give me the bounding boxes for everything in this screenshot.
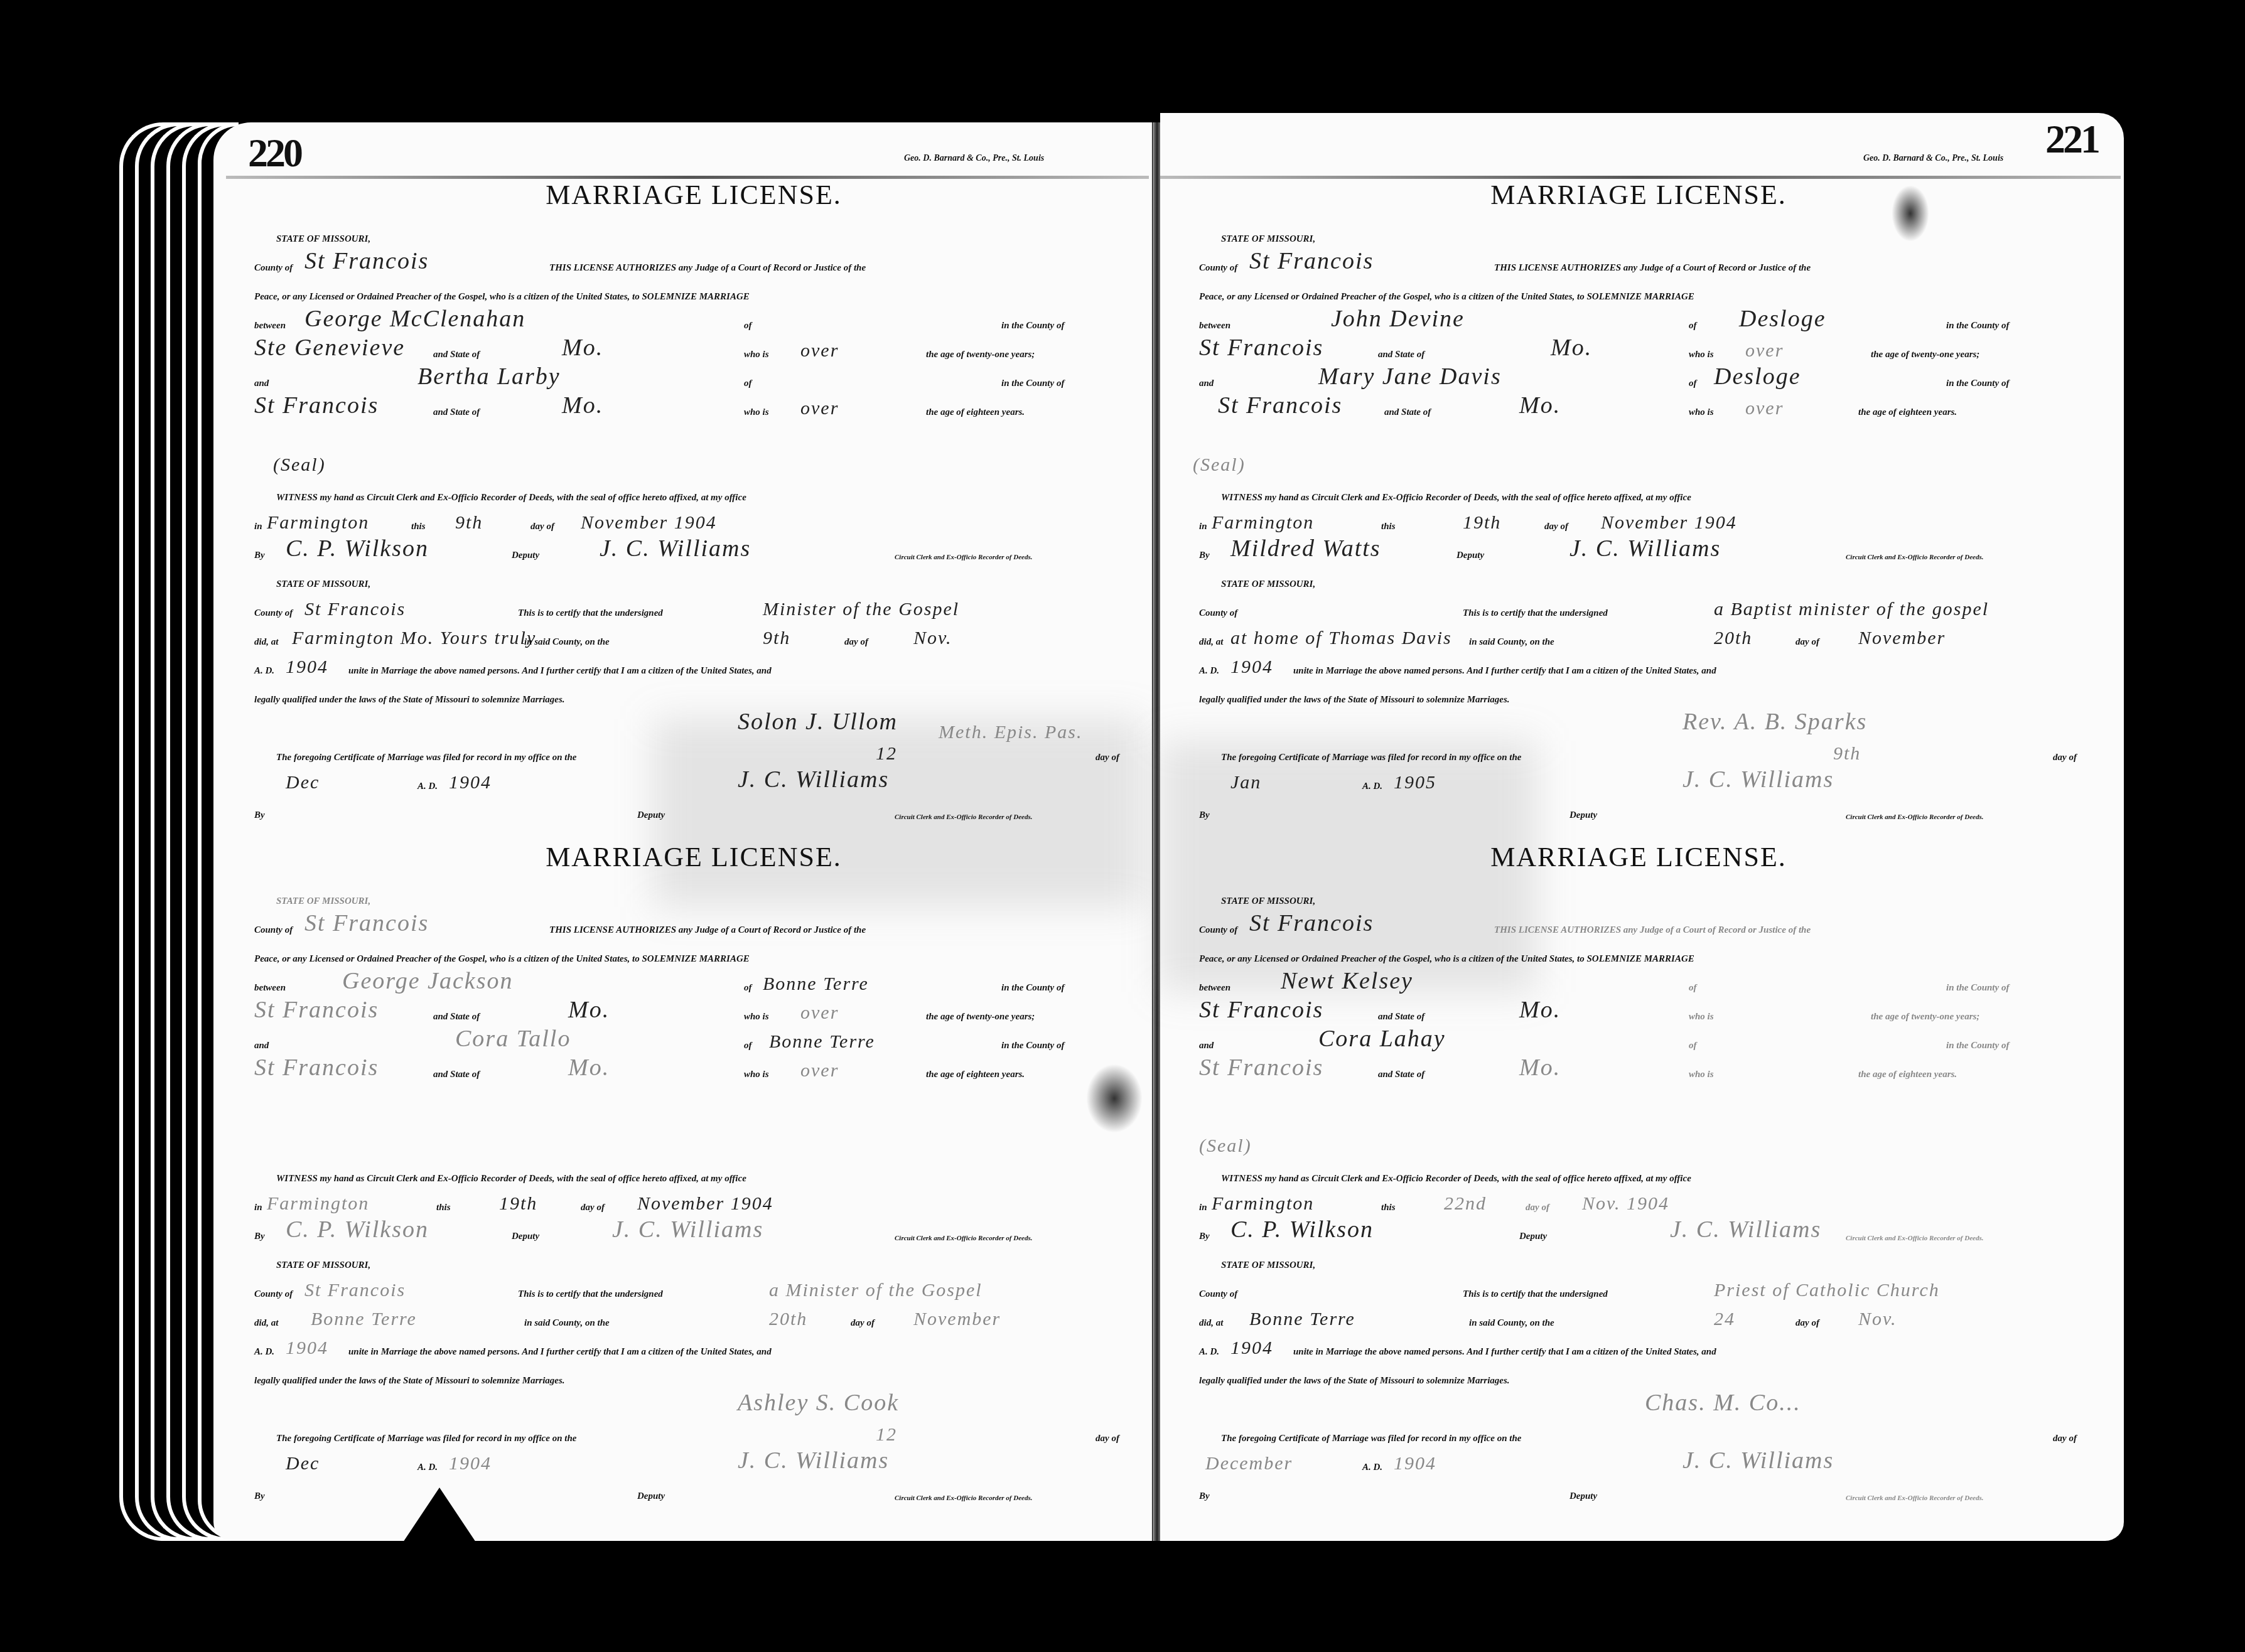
clerk-signature: J. C. Williams — [1670, 1216, 1821, 1243]
day-of-label: day of — [1795, 637, 1819, 648]
state-label: STATE OF MISSOURI, — [1221, 1260, 1315, 1271]
county-label: County of — [1199, 1289, 1237, 1300]
witness-place: Farmington — [267, 1193, 369, 1215]
bride-state: Mo. — [562, 392, 603, 419]
bride-name: Bertha Larby — [417, 363, 561, 390]
in-county-label: in the County of — [1001, 1041, 1064, 1051]
in-label: in — [1199, 522, 1207, 532]
state-label: STATE OF MISSOURI, — [1221, 896, 1315, 907]
license-entry: MARRIAGE LICENSE. STATE OF MISSOURI, Cou… — [1193, 179, 2084, 825]
officiant-title: Minister of the Gospel — [763, 599, 959, 620]
filed-year: 1904 — [449, 1453, 492, 1474]
witness-day: 22nd — [1444, 1193, 1487, 1215]
bride-county: St Francois — [1218, 392, 1342, 419]
deputy-label: Deputy — [1456, 550, 1484, 561]
officiant-title: a Minister of the Gospel — [769, 1280, 983, 1301]
deputy-label: Deputy — [1519, 1231, 1547, 1242]
of-label: of — [1689, 983, 1697, 994]
in-county-label: in the County of — [1946, 983, 2009, 994]
in-county-label: in the County of — [1946, 378, 2009, 389]
witness-day: 9th — [455, 512, 483, 534]
of-label: of — [1689, 378, 1697, 389]
license-title: MARRIAGE LICENSE. — [1193, 179, 2084, 211]
peace-text: Peace, or any Licensed or Ordained Preac… — [254, 954, 750, 965]
bride-name: Mary Jane Davis — [1318, 363, 1502, 390]
groom-of: Bonne Terre — [763, 973, 869, 995]
ceremony-place: Bonne Terre — [311, 1309, 417, 1330]
certify-text: This is to certify that the undersigned — [1463, 1289, 1608, 1300]
ceremony-year: 1904 — [286, 1338, 328, 1359]
state-label: STATE OF MISSOURI, — [276, 579, 370, 590]
groom-age: over — [800, 1002, 839, 1024]
clerk-caption: Circuit Clerk and Ex-Officio Recorder of… — [895, 813, 1032, 821]
county-label: County of — [254, 925, 293, 936]
and-label: and — [1199, 1041, 1214, 1051]
county-value: St Francois — [304, 909, 429, 937]
and-state-label: and State of — [433, 350, 480, 360]
groom-county: St Francois — [254, 996, 379, 1024]
bride-county: St Francois — [254, 392, 379, 419]
witness-text: WITNESS my hand as Circuit Clerk and Ex-… — [276, 493, 746, 503]
groom-state: Mo. — [1551, 334, 1592, 362]
county-value: St Francois — [1249, 247, 1374, 275]
age18-label: the age of eighteen years. — [926, 1070, 1025, 1080]
ceremony-day: 9th — [763, 628, 790, 649]
groom-name: George McClenahan — [304, 305, 525, 333]
witness-month-year: Nov. 1904 — [1582, 1193, 1669, 1215]
witness-text: WITNESS my hand as Circuit Clerk and Ex-… — [1221, 493, 1691, 503]
bride-age: over — [800, 398, 839, 419]
witness-place: Farmington — [267, 512, 369, 534]
by-label: By — [254, 1491, 265, 1502]
officiant-signature: Chas. M. Co... — [1645, 1389, 1801, 1417]
filed-year: 1904 — [1394, 1453, 1436, 1474]
unite-text: unite in Marriage the above named person… — [348, 1347, 772, 1358]
qualified-text: legally qualified under the laws of the … — [1199, 1376, 1510, 1386]
day-of-label: day of — [1795, 1318, 1819, 1329]
ad-label: A. D. — [1199, 1347, 1219, 1358]
clerk-signature: J. C. Williams — [1569, 535, 1721, 562]
page-number-left: 220 — [248, 130, 301, 176]
in-county-label: in the County of — [1001, 378, 1064, 389]
county-label: County of — [1199, 263, 1237, 274]
publisher-imprint: Geo. D. Barnard & Co., Pre., St. Louis — [904, 154, 1044, 164]
filed-clerk-signature: J. C. Williams — [1682, 766, 1834, 793]
bride-county: St Francois — [254, 1054, 379, 1081]
in-label: in — [254, 1203, 262, 1213]
witness-place: Farmington — [1212, 1193, 1314, 1215]
certify-text: This is to certify that the undersigned — [518, 1289, 663, 1300]
deputy-signature: C. P. Wilkson — [1230, 1216, 1374, 1243]
of-label: of — [1689, 321, 1697, 331]
in-county-label: in the County of — [1001, 321, 1064, 331]
officiant-signature: Ashley S. Cook — [738, 1389, 899, 1417]
in-county-label: in the County of — [1946, 1041, 2009, 1051]
between-label: between — [1199, 321, 1230, 331]
witness-place: Farmington — [1212, 512, 1314, 534]
and-state-label: and State of — [433, 1012, 480, 1022]
and-state-label: and State of — [433, 1070, 480, 1080]
foregoing-text: The foregoing Certificate of Marriage wa… — [1221, 1434, 1521, 1444]
seal-mark: (Seal) — [1193, 454, 1246, 476]
groom-name: Newt Kelsey — [1281, 967, 1413, 995]
foregoing-text: The foregoing Certificate of Marriage wa… — [1221, 753, 1521, 763]
age18-label: the age of eighteen years. — [1858, 1070, 1957, 1080]
license-entry: MARRIAGE LICENSE. STATE OF MISSOURI, Cou… — [248, 179, 1139, 825]
certify-text: This is to certify that the undersigned — [1463, 608, 1608, 619]
clerk-caption: Circuit Clerk and Ex-Officio Recorder of… — [1846, 1235, 1983, 1242]
county-label: County of — [254, 263, 293, 274]
groom-state: Mo. — [562, 334, 603, 362]
age21-label: the age of twenty-one years; — [926, 350, 1035, 360]
ad-label: A. D. — [1362, 781, 1382, 792]
between-label: between — [254, 321, 286, 331]
witness-text: WITNESS my hand as Circuit Clerk and Ex-… — [1221, 1174, 1691, 1184]
ceremony-year: 1904 — [1230, 1338, 1273, 1359]
bride-age: over — [800, 1060, 839, 1081]
in-label: in — [254, 522, 262, 532]
state-label: STATE OF MISSOURI, — [276, 1260, 370, 1271]
bride-of: Bonne Terre — [769, 1031, 875, 1053]
county-value: St Francois — [304, 247, 429, 275]
ad-label: A. D. — [1199, 666, 1219, 677]
in-said-county-label: in said County, on the — [524, 1318, 610, 1329]
page-number-right: 221 — [2045, 116, 2098, 163]
of-label: of — [744, 378, 752, 389]
groom-county: Ste Genevieve — [254, 334, 405, 362]
qualified-text: legally qualified under the laws of the … — [1199, 695, 1510, 705]
between-label: between — [1199, 983, 1230, 994]
who-is-label: who is — [744, 1070, 769, 1080]
deputy-signature: Mildred Watts — [1230, 535, 1381, 562]
ceremony-day: 24 — [1714, 1309, 1735, 1330]
by-label: By — [1199, 550, 1210, 561]
between-label: between — [254, 983, 286, 994]
groom-age: over — [1745, 340, 1784, 362]
ceremony-place: at home of Thomas Davis — [1230, 628, 1452, 649]
county-label: County of — [254, 608, 293, 619]
and-label: and — [254, 378, 269, 389]
unite-text: unite in Marriage the above named person… — [348, 666, 772, 677]
clerk-signature: J. C. Williams — [600, 535, 751, 562]
state-label: STATE OF MISSOURI, — [276, 234, 370, 245]
of-label: of — [1689, 1041, 1697, 1051]
who-is-label: who is — [1689, 407, 1714, 418]
ceremony-month: Nov. — [913, 628, 952, 649]
in-said-county-label: in said County, on the — [524, 637, 610, 648]
bride-name: Cora Lahay — [1318, 1025, 1446, 1053]
authorizes-text: THIS LICENSE AUTHORIZES any Judge of a C… — [1494, 925, 1811, 936]
did-at-label: did, at — [1199, 637, 1223, 648]
groom-county: St Francois — [1199, 334, 1323, 362]
did-at-label: did, at — [254, 1318, 278, 1329]
groom-state: Mo. — [1519, 996, 1561, 1024]
foregoing-text: The foregoing Certificate of Marriage wa… — [276, 1434, 576, 1444]
bride-county: St Francois — [1199, 1054, 1323, 1081]
license-title: MARRIAGE LICENSE. — [248, 179, 1139, 211]
filed-day: 9th — [1833, 743, 1861, 764]
certify-text: This is to certify that the undersigned — [518, 608, 663, 619]
ad-label: A. D. — [1362, 1462, 1382, 1473]
ceremony-place: Bonne Terre — [1249, 1309, 1355, 1330]
groom-name: George Jackson — [342, 967, 513, 995]
qualified-text: legally qualified under the laws of the … — [254, 1376, 565, 1386]
and-state-label: and State of — [1378, 1012, 1424, 1022]
county-label: County of — [1199, 608, 1237, 619]
of-label: of — [744, 1041, 752, 1051]
clerk-caption: Circuit Clerk and Ex-Officio Recorder of… — [895, 554, 1032, 561]
filed-month: December — [1205, 1453, 1293, 1474]
and-label: and — [254, 1041, 269, 1051]
by-label: By — [1199, 810, 1210, 821]
did-at-label: did, at — [1199, 1318, 1223, 1329]
filed-clerk-signature: J. C. Williams — [738, 766, 889, 793]
officiant-signature: Rev. A. B. Sparks — [1682, 708, 1867, 736]
clerk-caption: Circuit Clerk and Ex-Officio Recorder of… — [1846, 554, 1983, 561]
by-label: By — [254, 810, 265, 821]
age18-label: the age of eighteen years. — [926, 407, 1025, 418]
witness-text: WITNESS my hand as Circuit Clerk and Ex-… — [276, 1174, 746, 1184]
age21-label: the age of twenty-one years; — [1871, 1012, 1979, 1022]
clerk-caption: Circuit Clerk and Ex-Officio Recorder of… — [895, 1494, 1032, 1502]
ceremony-month: November — [1858, 628, 1946, 649]
and-state-label: and State of — [1378, 1070, 1424, 1080]
county-value: St Francois — [1249, 909, 1374, 937]
day-of-label: day of — [581, 1203, 605, 1213]
bride-state: Mo. — [1519, 1054, 1561, 1081]
witness-day: 19th — [1463, 512, 1501, 534]
deputy-label: Deputy — [512, 550, 539, 561]
this-label: this — [436, 1203, 451, 1213]
who-is-label: who is — [1689, 1070, 1714, 1080]
filed-month: Jan — [1230, 772, 1261, 793]
clerk-caption: Circuit Clerk and Ex-Officio Recorder of… — [1846, 813, 1983, 821]
ceremony-place: Farmington Mo. Yours truly — [292, 628, 536, 649]
this-label: this — [1381, 522, 1396, 532]
deputy-signature: C. P. Wilkson — [286, 1216, 429, 1243]
and-label: and — [1199, 378, 1214, 389]
deputy-label: Deputy — [512, 1231, 539, 1242]
day-of-label: day of — [844, 637, 868, 648]
who-is-label: who is — [1689, 350, 1714, 360]
filed-clerk-signature: J. C. Williams — [738, 1447, 889, 1474]
ad-label: A. D. — [417, 781, 438, 792]
unite-text: unite in Marriage the above named person… — [1293, 666, 1716, 677]
in-said-county-label: in said County, on the — [1469, 1318, 1554, 1329]
day-of-label: day of — [1096, 753, 1119, 763]
qualified-text: legally qualified under the laws of the … — [254, 695, 565, 705]
who-is-label: who is — [744, 350, 769, 360]
groom-state: Mo. — [568, 996, 610, 1024]
witness-month-year: November 1904 — [1601, 512, 1737, 534]
publisher-imprint: Geo. D. Barnard & Co., Pre., St. Louis — [1863, 154, 2003, 164]
clerk-caption: Circuit Clerk and Ex-Officio Recorder of… — [895, 1235, 1032, 1242]
license-title: MARRIAGE LICENSE. — [1193, 841, 2084, 873]
who-is-label: who is — [744, 1012, 769, 1022]
state-label: STATE OF MISSOURI, — [1221, 234, 1315, 245]
license-title: MARRIAGE LICENSE. — [248, 841, 1139, 873]
officiant-title: Priest of Catholic Church — [1714, 1280, 1940, 1301]
groom-of: Desloge — [1739, 305, 1826, 333]
ad-label: A. D. — [417, 1462, 438, 1473]
who-is-label: who is — [744, 407, 769, 418]
ceremony-year: 1904 — [1230, 657, 1273, 678]
officiant-signature: Solon J. Ullom — [738, 708, 898, 736]
in-label: in — [1199, 1203, 1207, 1213]
peace-text: Peace, or any Licensed or Ordained Preac… — [1199, 954, 1694, 965]
filed-month: Dec — [286, 772, 320, 793]
unite-text: unite in Marriage the above named person… — [1293, 1347, 1716, 1358]
cert-county: St Francois — [304, 599, 406, 620]
authorizes-text: THIS LICENSE AUTHORIZES any Judge of a C… — [1494, 263, 1811, 274]
by-label: By — [254, 550, 265, 561]
seal-mark: (Seal) — [1199, 1135, 1252, 1157]
by-label: By — [1199, 1491, 1210, 1502]
in-said-county-label: in said County, on the — [1469, 637, 1554, 648]
age18-label: the age of eighteen years. — [1858, 407, 1957, 418]
ceremony-day: 20th — [769, 1309, 807, 1330]
by-label: By — [254, 1231, 265, 1242]
deputy-label: Deputy — [1569, 810, 1597, 821]
witness-month-year: November 1904 — [637, 1193, 773, 1215]
witness-month-year: November 1904 — [581, 512, 717, 534]
license-entry: MARRIAGE LICENSE. STATE OF MISSOURI, Cou… — [248, 841, 1139, 1506]
clerk-caption: Circuit Clerk and Ex-Officio Recorder of… — [1846, 1494, 1983, 1502]
license-entry: MARRIAGE LICENSE. STATE OF MISSOURI, Cou… — [1193, 841, 2084, 1506]
officiant-title: a Baptist minister of the gospel — [1714, 599, 1989, 620]
ad-label: A. D. — [254, 1347, 274, 1358]
state-label: STATE OF MISSOURI, — [1221, 579, 1315, 590]
in-county-label: in the County of — [1001, 983, 1064, 994]
and-state-label: and State of — [1384, 407, 1431, 418]
foregoing-text: The foregoing Certificate of Marriage wa… — [276, 753, 576, 763]
county-label: County of — [254, 1289, 293, 1300]
day-of-label: day of — [2053, 753, 2077, 763]
ceremony-year: 1904 — [286, 657, 328, 678]
bride-of: Desloge — [1714, 363, 1801, 390]
this-label: this — [411, 522, 426, 532]
state-label: STATE OF MISSOURI, — [276, 896, 370, 907]
authorizes-text: THIS LICENSE AUTHORIZES any Judge of a C… — [549, 925, 866, 936]
ad-label: A. D. — [254, 666, 274, 677]
day-of-label: day of — [1096, 1434, 1119, 1444]
peace-text: Peace, or any Licensed or Ordained Preac… — [254, 292, 750, 303]
bride-state: Mo. — [568, 1054, 610, 1081]
filed-clerk-signature: J. C. Williams — [1682, 1447, 1834, 1474]
bride-name: Cora Tallo — [455, 1025, 571, 1053]
filed-day: 12 — [876, 1424, 897, 1445]
ceremony-day: 20th — [1714, 628, 1752, 649]
did-at-label: did, at — [254, 637, 278, 648]
clerk-signature: J. C. Williams — [612, 1216, 763, 1243]
deputy-label: Deputy — [1569, 1491, 1597, 1502]
of-label: of — [744, 983, 752, 994]
deputy-signature: C. P. Wilkson — [286, 535, 429, 562]
age21-label: the age of twenty-one years; — [926, 1012, 1035, 1022]
peace-text: Peace, or any Licensed or Ordained Preac… — [1199, 292, 1694, 303]
filed-month: Dec — [286, 1453, 320, 1474]
county-label: County of — [1199, 925, 1237, 936]
day-of-label: day of — [530, 522, 554, 532]
who-is-label: who is — [1689, 1012, 1714, 1022]
day-of-label: day of — [1526, 1203, 1549, 1213]
by-label: By — [1199, 1231, 1210, 1242]
age21-label: the age of twenty-one years; — [1871, 350, 1979, 360]
filed-year: 1905 — [1394, 772, 1436, 793]
filed-year: 1904 — [449, 772, 492, 793]
this-label: this — [1381, 1203, 1396, 1213]
filed-day: 12 — [876, 743, 897, 764]
day-of-label: day of — [2053, 1434, 2077, 1444]
groom-name: John Devine — [1331, 305, 1465, 333]
witness-day: 19th — [499, 1193, 537, 1215]
deputy-label: Deputy — [637, 1491, 665, 1502]
ceremony-month: Nov. — [1858, 1309, 1897, 1330]
groom-age: over — [800, 340, 839, 362]
and-state-label: and State of — [1378, 350, 1424, 360]
day-of-label: day of — [1544, 522, 1568, 532]
of-label: of — [744, 321, 752, 331]
authorizes-text: THIS LICENSE AUTHORIZES any Judge of a C… — [549, 263, 866, 274]
bride-age: over — [1745, 398, 1784, 419]
cert-county: St Francois — [304, 1280, 406, 1301]
bride-state: Mo. — [1519, 392, 1561, 419]
in-county-label: in the County of — [1946, 321, 2009, 331]
and-state-label: and State of — [433, 407, 480, 418]
seal-mark: (Seal) — [273, 454, 326, 476]
deputy-label: Deputy — [637, 810, 665, 821]
groom-county: St Francois — [1199, 996, 1323, 1024]
day-of-label: day of — [851, 1318, 875, 1329]
ceremony-month: November — [913, 1309, 1001, 1330]
